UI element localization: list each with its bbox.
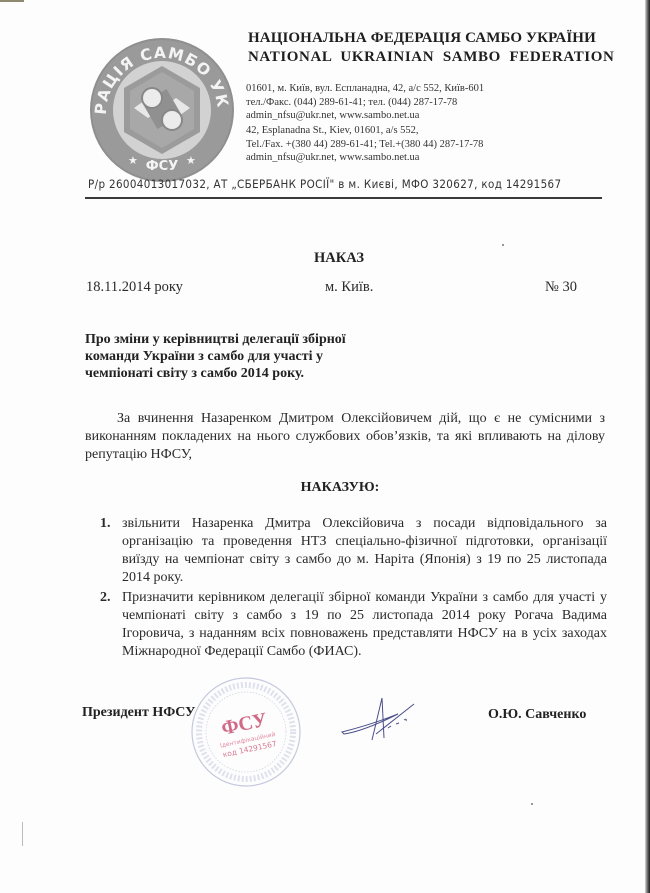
address-en: 42, Esplanadna St., Kiev, 01601, a/s 552…	[246, 124, 483, 138]
address-ua: 01601, м. Київ, вул. Еспланадна, 42, а/с…	[246, 82, 484, 96]
scan-speck	[502, 244, 504, 246]
bank-details: Р/р 26004013017032, АТ „СБЕРБАНК РОСІЇ" …	[88, 177, 561, 191]
order-item-text: звільнити Назаренка Дмитра Олексійовича …	[122, 516, 607, 585]
phone-en: Tel./Fax. +(380 44) 289-61-41; Tel.+(380…	[246, 138, 483, 152]
sambo-federation-logo-icon: ФЕДЕРАЦІЯ САМБО УКРАЇНИ ФСУ ★ ★	[88, 36, 236, 184]
email-web-ua: admin_nfsu@ukr.net, www.sambo.net.ua	[246, 109, 484, 123]
order-item-number: 2.	[100, 589, 111, 607]
phone-ua: тел./Факс. (044) 289-61-41; тел. (044) 2…	[246, 96, 484, 110]
order-items-list: 1. звільнити Назаренка Дмитра Олексійови…	[100, 515, 607, 663]
signatory-name: О.Ю. Савченко	[488, 707, 586, 723]
order-directive-heading: НАКАЗУЮ:	[0, 480, 650, 496]
preamble-text: За вчинення Назаренком Дмитром Олексійов…	[85, 411, 605, 462]
order-subject: Про зміни у керівництві делегації збірно…	[85, 331, 385, 382]
order-number: № 30	[545, 279, 577, 296]
order-city: м. Київ.	[325, 279, 373, 296]
handwritten-signature-icon	[338, 688, 428, 748]
scan-edge-right	[645, 0, 650, 893]
email-web-en: admin_nfsu@ukr.net, www.sambo.net.ua	[246, 151, 483, 165]
scan-speck	[531, 803, 533, 805]
svg-text:★: ★	[128, 154, 138, 167]
document-title: НАКАЗ	[0, 250, 650, 267]
order-item-number: 1.	[100, 515, 111, 533]
document-page: ФЕДЕРАЦІЯ САМБО УКРАЇНИ ФСУ ★ ★ НАЦІОНАЛ…	[0, 0, 650, 893]
scan-edge-top	[0, 0, 24, 2]
svg-text:ФСУ: ФСУ	[146, 159, 178, 174]
org-name-en: NATIONAL UKRAINIAN SAMBO FEDERATION	[248, 48, 614, 67]
order-item-text: Призначити керівником делегації збірної …	[122, 590, 607, 659]
contacts-en: 42, Esplanadna St., Kiev, 01601, a/s 552…	[246, 124, 483, 165]
svg-text:★: ★	[186, 154, 196, 167]
scan-artifact	[22, 822, 23, 846]
contacts-ua: 01601, м. Київ, вул. Еспланадна, 42, а/с…	[246, 82, 484, 123]
order-item: 2. Призначити керівником делегації збірн…	[100, 589, 607, 661]
order-item: 1. звільнити Назаренка Дмитра Олексійови…	[100, 515, 607, 587]
official-stamp-icon: ФСУ Ідентифікаційний код 14291567	[190, 676, 302, 788]
signatory-role: Президент НФСУ	[82, 705, 195, 721]
order-preamble: За вчинення Назаренком Дмитром Олексійов…	[85, 410, 605, 464]
order-date: 18.11.2014 року	[86, 279, 183, 296]
org-name-ua: НАЦІОНАЛЬНА ФЕДЕРАЦІЯ САМБО УКРАЇНИ	[248, 29, 596, 48]
letterhead-divider	[85, 197, 602, 199]
